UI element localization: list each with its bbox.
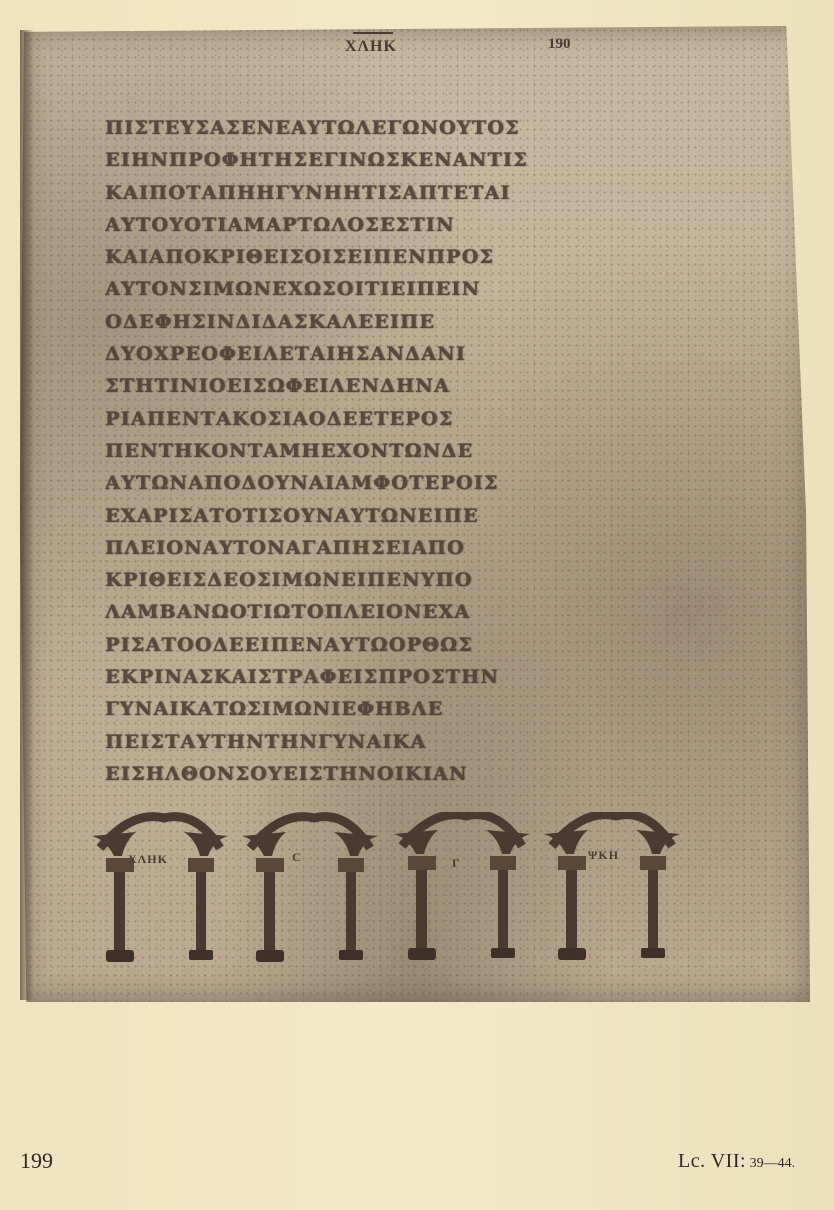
text-line: ΡΙΣΑΤΟΟΔΕΕΙΠΕΝΑΥΤΩΟΡΘΩΣ [105,629,665,661]
canon-label: Γ [452,856,461,871]
text-line: ΕΧΑΡΙΣΑΤΟΤΙΣΟΥΝΑΥΤΩΝΕΙΠΕ [105,500,665,532]
text-line: ΣΤΗΤΙΝΙΟΕΙΣΩΦΕΙΛΕΝΔΗΝΑ [105,370,665,402]
text-line: ΕΚΡΙΝΑΣΚΑΙΣΤΡΑΦΕΙΣΠΡΟΣΤΗΝ [105,661,665,693]
text-line: ΓΥΝΑΙΚΑΤΩΣΙΜΩΝΙΕΦΗΒΛΕ [105,693,665,725]
text-line: ΠΙΣΤΕΥΣΑΣΕΝΕΑΥΤΩΛΕΓΩΝΟΥΤΟΣ [105,112,665,144]
canon-label: ΨΚΗ [588,848,619,863]
text-line: ΚΑΙΑΠΟΚΡΙΘΕΙΣΟΙΣΕΙΠΕΝΠΡΟΣ [105,241,665,273]
text-line: ΠΕΝΤΗΚΟΝΤΑΜΗΕΧΟΝΤΩΝΔΕ [105,435,665,467]
text-line: ΟΔΕΦΗΣΙΝΔΙΔΑΣΚΑΛΕΕΙΠΕ [105,306,665,338]
arcade-illustration-icon [92,812,682,967]
leaf-edge-shadow [20,30,34,1000]
text-line: ΚΑΙΠΟΤΑΠΗΗΓΥΝΗΗΤΙΣΑΠΤΕΤΑΙ [105,177,665,209]
text-line: ΠΛΕΙΟΝΑΥΤΟΝΑΓΑΠΗΣΕΙΑΠΟ [105,532,665,564]
reference-verses: 39—44. [746,1156,795,1171]
text-line: ΕΙΣΗΛΘΟΝΣΟΥΕΙΣΤΗΝΟΙΚΙΑΝ [105,758,665,790]
text-line: ΑΥΤΩΝΑΠΟΔΟΥΝΑΙΑΜΦΟΤΕΡΟΙΣ [105,467,665,499]
scripture-reference: Lc. VII: 39—44. [678,1150,795,1173]
text-line: ΚΡΙΘΕΙΣΔΕΟΣΙΜΩΝΕΙΠΕΝΥΠΟ [105,564,665,596]
text-line: ΛΑΜΒΑΝΩΟΤΙΩΤΟΠΛΕΙΟΝΕΧΑ [105,596,665,628]
text-line: ΑΥΤΟΥΟΤΙΑΜΑΡΤΩΛΟΣΕΣΤΙΝ [105,209,665,241]
text-line: ΡΙΑΠΕΝΤΑΚΟΣΙΑΟΔΕΕΤΕΡΟΣ [105,403,665,435]
page-number: 199 [20,1148,53,1174]
reference-book-chapter: Lc. VII: [678,1150,746,1172]
text-line: ΠΕΙΣΤΑΥΤΗΝΤΗΝΓΥΝΑΙΚΑ [105,726,665,758]
text-line: ΔΥΟΧΡΕΟΦΕΙΛΕΤΑΙΗΣΑΝΔΑΝΙ [105,338,665,370]
text-line: ΑΥΤΟΝΣΙΜΩΝΕΧΩΣΟΙΤΙΕΙΠΕΙΝ [105,273,665,305]
canon-label: Ϲ [292,850,302,865]
running-header-sigil: ΧΛΗΚ [345,38,397,56]
text-line: ΕΙΗΝΠΡΟΦΗΤΗΣΕΓΙΝΩΣΚΕΝΑΝΤΙΣ [105,144,665,176]
uncial-text-column: ΠΙΣΤΕΥΣΑΣΕΝΕΑΥΤΩΛΕΓΩΝΟΥΤΟΣ ΕΙΗΝΠΡΟΦΗΤΗΣΕ… [105,112,665,790]
folio-number: 190 [548,36,571,53]
canon-table-arcade: ΧΛΗΚ Ϲ Γ ΨΚΗ [92,812,682,967]
canon-label: ΧΛΗΚ [128,852,168,867]
